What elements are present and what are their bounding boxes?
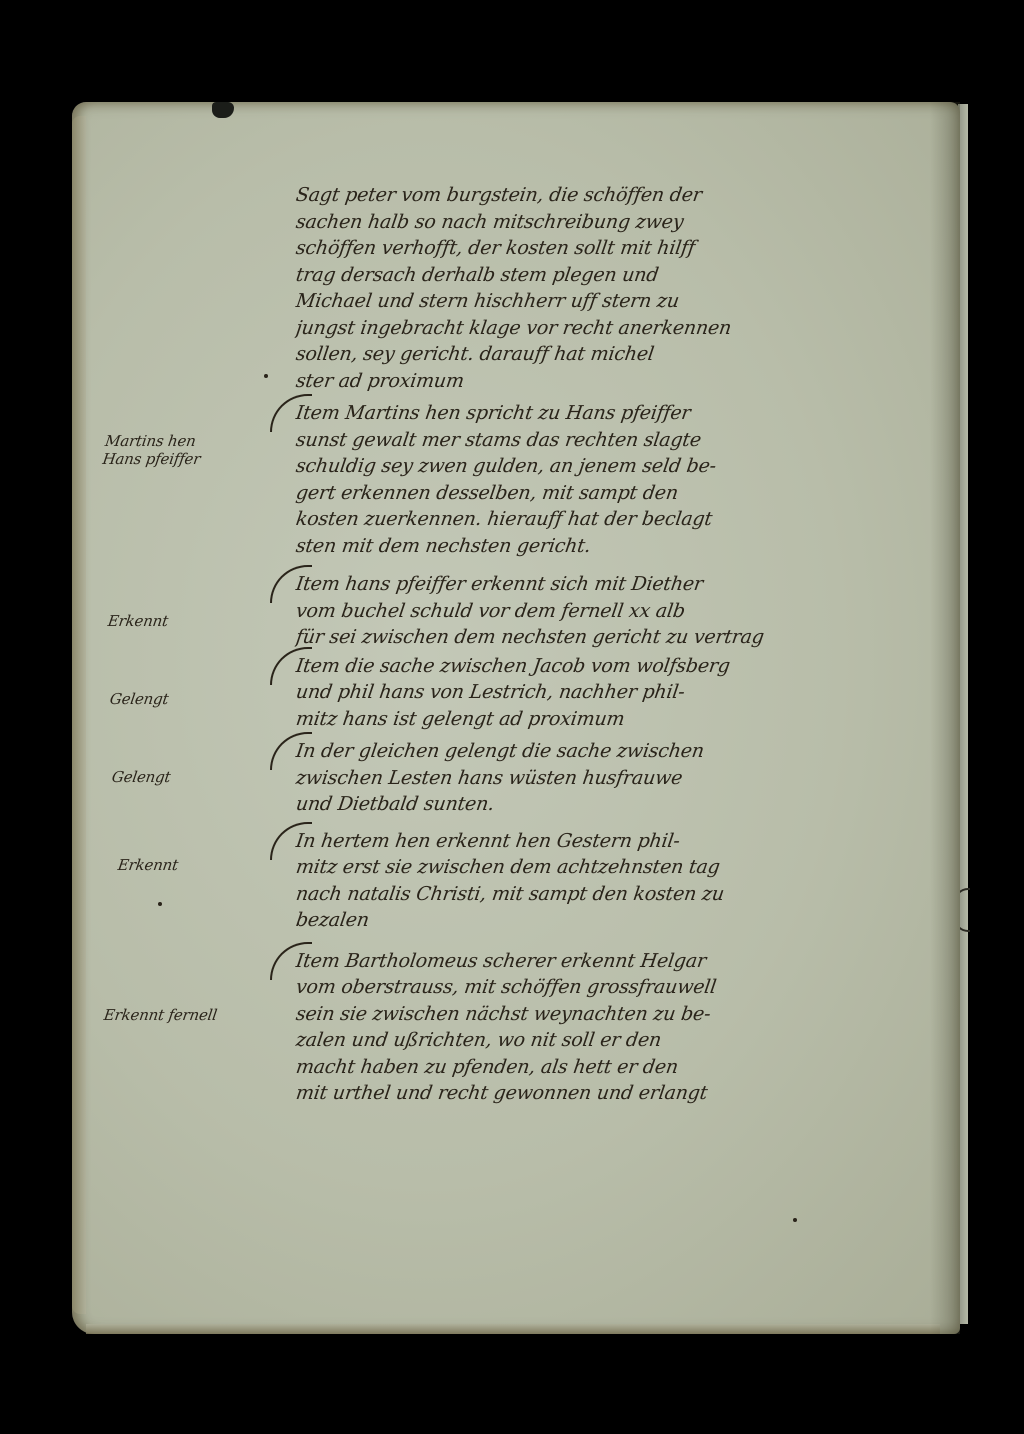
text-line: Michael und stern hischherr uff stern zu <box>294 288 958 315</box>
text-line: schöffen verhofft, der kosten sollt mit … <box>294 235 958 262</box>
text-line: zalen und ußrichten, wo nit soll er den <box>294 1027 958 1054</box>
text-line: bezalen <box>294 907 958 934</box>
text-line: vom buchel schuld vor dem fernell xx alb <box>294 598 958 625</box>
text-line: Item Martins hen spricht zu Hans pfeiffe… <box>294 400 958 427</box>
text-line: schuldig sey zwen gulden, an jenem seld … <box>294 453 958 480</box>
entry-5: In der gleichen gelengt die sache zwisch… <box>296 738 956 818</box>
margin-note-erkennt-fernell: Erkennt fernell <box>103 1006 218 1024</box>
text-line: mitz hans ist gelengt ad proximum <box>294 706 958 733</box>
ink-dot <box>793 1218 797 1222</box>
text-line: Item Bartholomeus scherer erkennt Helgar <box>294 948 958 975</box>
text-line: mit urthel und recht gewonnen und erlang… <box>294 1080 958 1107</box>
margin-note-erkennt-2: Erkennt <box>117 856 180 874</box>
text-line: macht haben zu pfenden, als hett er den <box>294 1054 958 1081</box>
text-line: für sei zwischen dem nechsten gericht zu… <box>294 624 958 651</box>
margin-note-gelengt-1: Gelengt <box>109 690 170 708</box>
text-line: kosten zuerkennen. hierauff hat der becl… <box>294 506 958 533</box>
page-edge-bottom <box>86 1324 940 1334</box>
text-line: sein sie zwischen nächst weynachten zu b… <box>294 1001 958 1028</box>
text-line: gert erkennen desselben, mit sampt den <box>294 480 958 507</box>
margin-note-erkennt-1: Erkennt <box>107 612 170 630</box>
text-line: sollen, sey gericht. darauff hat michel <box>294 341 958 368</box>
entry-4: Item die sache zwischen Jacob vom wolfsb… <box>296 653 956 733</box>
page-edge-left <box>72 116 86 1314</box>
margin-note-line: Hans pfeiffer <box>101 450 201 468</box>
margin-note-martins: Martins hen Hans pfeiffer <box>101 432 204 468</box>
text-line: und phil hans von Lestrich, nachher phil… <box>294 679 958 706</box>
text-line: In der gleichen gelengt die sache zwisch… <box>294 738 958 765</box>
entry-6: In hertem hen erkennt hen Gestern phil- … <box>296 828 956 934</box>
text-line: mitz erst sie zwischen dem achtzehnsten … <box>294 854 958 881</box>
entry-3: Item hans pfeiffer erkennt sich mit Diet… <box>296 571 956 651</box>
margin-note-line: Martins hen <box>104 432 204 450</box>
entry-2: Item Martins hen spricht zu Hans pfeiffe… <box>296 400 956 559</box>
text-line: Sagt peter vom burgstein, die schöffen d… <box>294 182 958 209</box>
main-text-block: Sagt peter vom burgstein, die schöffen d… <box>296 182 956 1107</box>
text-line: Item die sache zwischen Jacob vom wolfsb… <box>294 653 958 680</box>
ink-blot <box>212 102 234 118</box>
entry-7: Item Bartholomeus scherer erkennt Helgar… <box>296 948 956 1107</box>
text-line: In hertem hen erkennt hen Gestern phil- <box>294 828 958 855</box>
margin-note-gelengt-2: Gelengt <box>111 768 172 786</box>
entry-1: Sagt peter vom burgstein, die schöffen d… <box>296 182 956 394</box>
text-line: jungst ingebracht klage vor recht anerke… <box>294 315 958 342</box>
text-line: ster ad proximum <box>294 368 958 395</box>
text-line: vom oberstrauss, mit schöffen grossfrauw… <box>294 974 958 1001</box>
text-line: trag dersach derhalb stem plegen und <box>294 262 958 289</box>
text-line: und Dietbald sunten. <box>294 791 958 818</box>
text-line: sunst gewalt mer stams das rechten slagt… <box>294 427 958 454</box>
ink-dot <box>158 902 162 906</box>
text-line: zwischen Lesten hans wüsten husfrauwe <box>294 765 958 792</box>
text-line: sten mit dem nechsten gericht. <box>294 533 958 560</box>
text-line: sachen halb so nach mitschreibung zwey <box>294 209 958 236</box>
text-line: Item hans pfeiffer erkennt sich mit Diet… <box>294 571 958 598</box>
ink-dot <box>264 374 268 378</box>
text-line: nach natalis Christi, mit sampt den kost… <box>294 881 958 908</box>
